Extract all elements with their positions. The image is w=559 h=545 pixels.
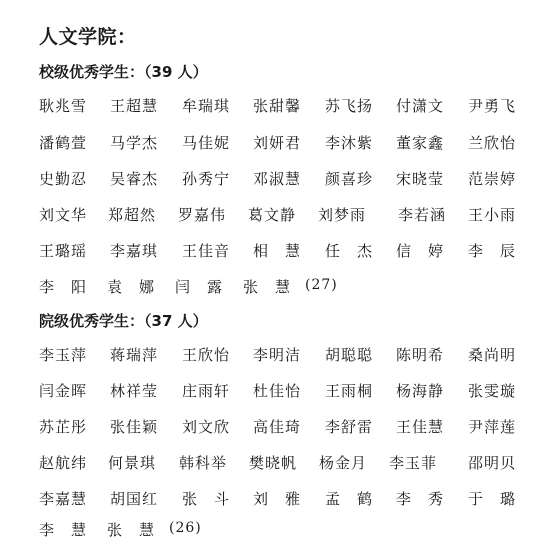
student-name: 李 辰 [468,240,516,261]
student-name: 葛文静 [248,204,296,225]
student-name: 赵航纬 [39,452,87,473]
student-count: (26) [169,520,202,536]
student-name: 李沐紫 [325,132,373,153]
college-title: 人文学院： [39,22,137,49]
student-name: 颜喜珍 [325,168,373,189]
student-name: 王璐瑶 [39,240,87,261]
student-name: 王小雨 [468,204,516,225]
student-name: 杨海静 [396,380,444,401]
student-name: 李 秀 [396,488,444,509]
student-name: 闫 露 [175,276,223,297]
student-name: 李舒雷 [325,416,373,437]
student-name: 桑尚明 [468,344,516,365]
student-name: 于 璐 [468,488,516,509]
student-name: 苏飞扬 [325,95,373,116]
student-name: 李明洁 [253,344,301,365]
student-name: 张 斗 [182,488,230,509]
student-name: 胡国红 [110,488,158,509]
student-name: 董家鑫 [396,132,444,153]
student-name: 孟 鹤 [325,488,373,509]
student-name: 林祥莹 [110,380,158,401]
student-name: 庄雨轩 [182,380,230,401]
student-name: 杨金月 [319,452,367,473]
section-title-school-level: 校级优秀学生：（39 人） [39,61,208,82]
student-name: 张 慧 [107,519,155,540]
student-name: 尹勇飞 [468,95,516,116]
student-name: 李 阳 [39,276,87,297]
student-name: 张雯璇 [468,380,516,401]
student-name: 孙秀宁 [182,168,230,189]
student-name: 樊晓帆 [249,452,297,473]
student-name: 韩科举 [179,452,227,473]
section-title-college-level: 院级优秀学生：（37 人） [39,310,208,331]
student-name: 陈明希 [396,344,444,365]
student-name: 杜佳怡 [253,380,301,401]
student-name: 王佳音 [182,240,230,261]
student-name: 宋晓莹 [396,168,444,189]
student-name: 李若涵 [398,204,446,225]
student-name: 蒋瑞萍 [110,344,158,365]
student-name: 潘鹤萱 [39,132,87,153]
student-name: 郑超然 [108,204,156,225]
student-name: 李玉萍 [39,344,87,365]
student-name: 刘 雅 [253,488,301,509]
student-name: 付潇文 [396,95,444,116]
student-name: 李 慧 [39,519,87,540]
student-name: 尹萍莲 [468,416,516,437]
student-name: 张 慧 [243,276,291,297]
student-name: 任 杰 [325,240,373,261]
student-name: 刘妍君 [253,132,301,153]
student-name: 相 慧 [253,240,301,261]
student-name: 张甜馨 [253,95,301,116]
student-name: 王超慧 [110,95,158,116]
student-name: 吴睿杰 [110,168,158,189]
student-name: 张佳颖 [110,416,158,437]
student-name: 苏芷彤 [39,416,87,437]
student-name: 马佳妮 [182,132,230,153]
student-name: 王雨桐 [325,380,373,401]
student-name: 范崇婷 [468,168,516,189]
student-name: 刘文华 [39,204,87,225]
student-name: 牟瑞琪 [182,95,230,116]
student-name: 李嘉琪 [110,240,158,261]
student-name: 史勤忍 [39,168,87,189]
student-name: 何景琪 [108,452,156,473]
student-count: (27) [305,277,338,293]
student-name: 王欣怡 [182,344,230,365]
student-name: 邵明贝 [468,452,516,473]
student-name: 王佳慧 [396,416,444,437]
student-name: 李玉菲 [389,452,437,473]
student-name: 高佳琦 [253,416,301,437]
student-name: 兰欣怡 [468,132,516,153]
student-name: 信 婷 [396,240,444,261]
student-name: 马学杰 [110,132,158,153]
student-name: 邓淑慧 [253,168,301,189]
student-name: 耿兆雪 [39,95,87,116]
student-name: 罗嘉伟 [178,204,226,225]
student-name: 刘梦雨 [318,204,366,225]
student-name: 胡聪聪 [325,344,373,365]
student-name: 袁 娜 [107,276,155,297]
student-name: 李嘉慧 [39,488,87,509]
student-name: 闫金晖 [39,380,87,401]
student-name: 刘文欣 [182,416,230,437]
